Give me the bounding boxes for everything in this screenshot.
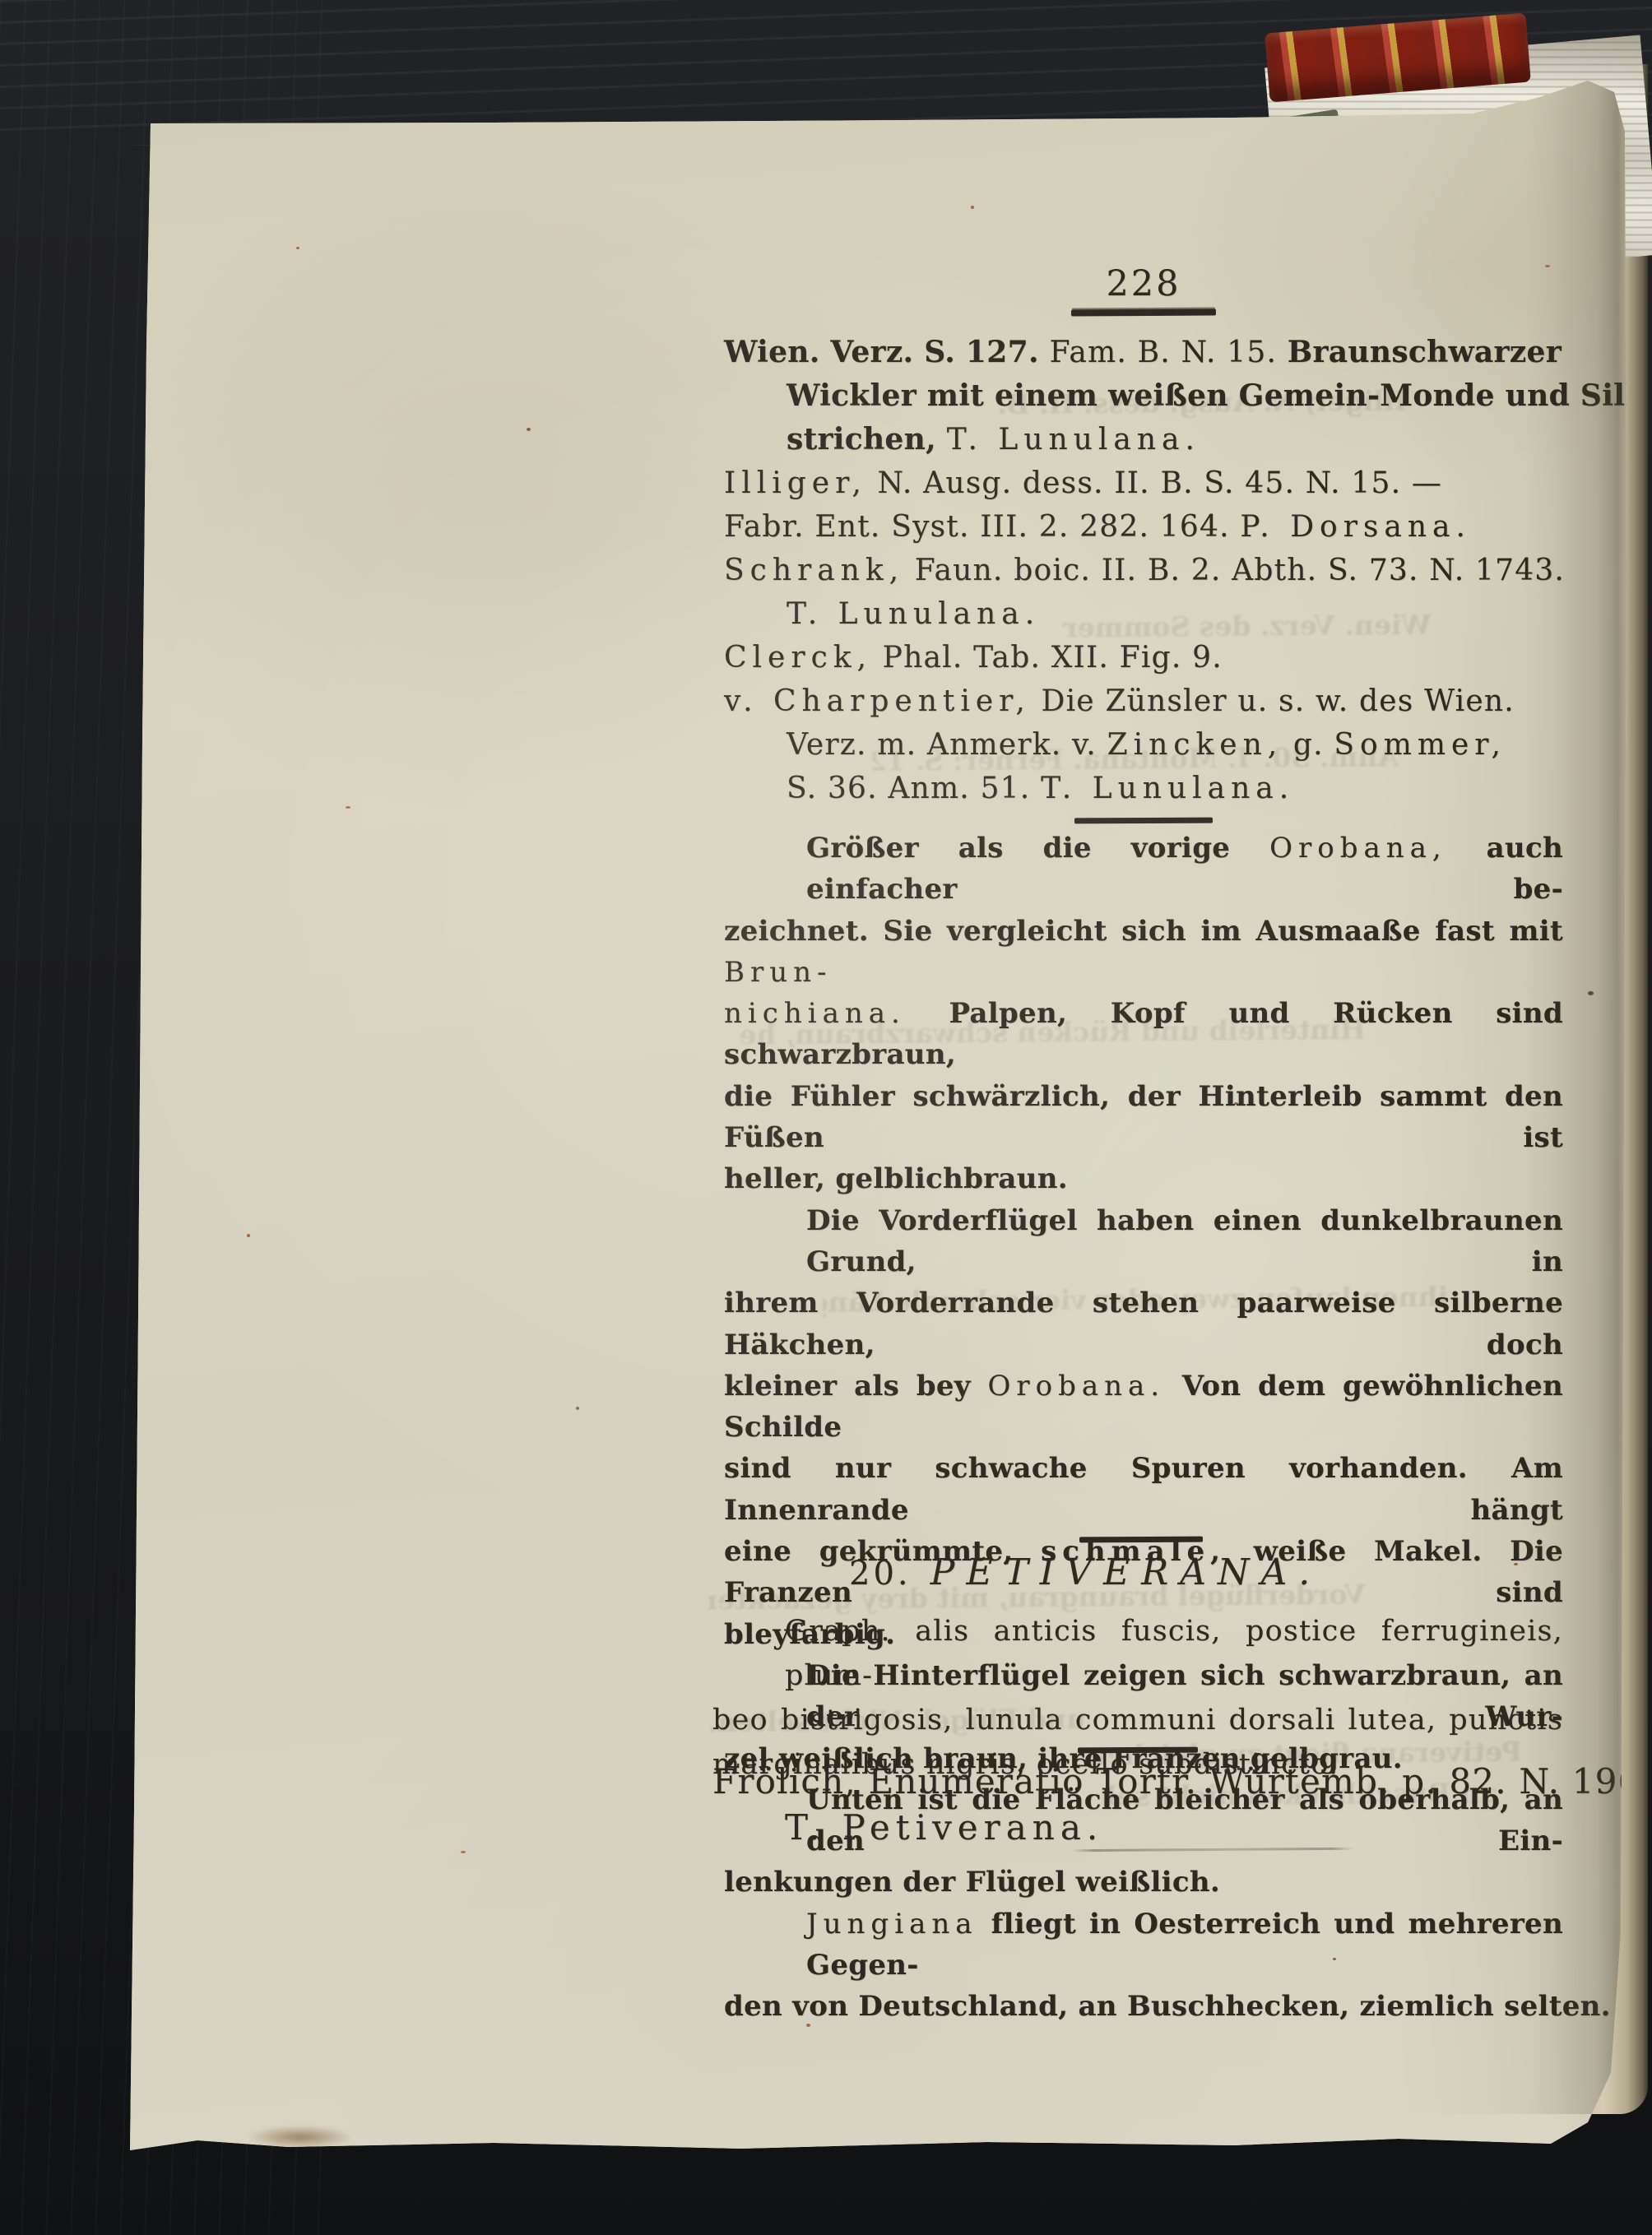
text-line: Frölich, Enumeratio Tortr. Würtemb. p. 8…	[712, 1759, 1652, 1805]
text-run: die Fühler schwärzlich, der Hinterleib s…	[724, 1080, 1563, 1154]
references-block: Frölich, Enumeratio Tortr. Würtemb. p. 8…	[712, 1759, 1652, 1851]
text-run: kleiner als bey	[724, 1370, 988, 1403]
text-run: N. Ausg. dess. II. B. S. 45. N. 15. —	[867, 466, 1442, 500]
book-page: Illiger, N. Ausg. dess. II. B. Wien. Ver…	[0, 0, 1652, 2235]
section-divider-rule	[1074, 818, 1213, 824]
text-run: Schrank,	[724, 554, 904, 587]
page-header: 228	[724, 263, 1563, 316]
text-line: heller, gelblichbraun.	[724, 1158, 1563, 1199]
text-line: sind nur schwache Spuren vorhanden. Am I…	[724, 1448, 1563, 1531]
text-line: S. 36. Anm. 51. T. Lunulana.	[724, 767, 1571, 810]
paper-speck	[461, 1851, 466, 1853]
text-run: Braunschwarzer	[1288, 335, 1562, 369]
text-run: Frölich, Enumeratio Tortr. Würtemb. p. 8…	[712, 1761, 1652, 1801]
text-line: strichen, T. Lunulana.	[724, 418, 1571, 461]
text-run: zeichnet. Sie vergleicht sich im Ausmaaß…	[724, 915, 1563, 948]
section-divider-rule	[1079, 1537, 1203, 1543]
section-divider-rule	[1078, 1747, 1198, 1754]
text-run: Brun-	[724, 956, 833, 989]
text-line: Verz. m. Anmerk. v. Zincken, g. Sommer,	[724, 723, 1571, 767]
text-run: Wickler mit einem weißen Gemein-Monde un…	[787, 378, 1652, 413]
text-line: Wien. Verz. S. 127. Fam. B. N. 15. Braun…	[724, 331, 1571, 374]
text-run: Phal. Tab. XII. Fig. 9.	[872, 641, 1223, 675]
paper-speck	[296, 247, 299, 249]
text-run: Fam. B. N. 15.	[1050, 336, 1288, 369]
text-run: Die Vorderflügel haben einen dunkelbraun…	[806, 1204, 1563, 1278]
text-run: Sommer,	[1334, 728, 1506, 762]
text-line: ihrem Vorderrande stehen paarweise silbe…	[724, 1282, 1563, 1366]
text-run: Illiger,	[724, 466, 867, 500]
text-run: ihrem Vorderrande stehen paarweise silbe…	[724, 1287, 1563, 1361]
text-line: lenkungen der Flügel weißlich.	[724, 1862, 1563, 1903]
text-line: Schrank, Faun. boic. II. B. 2. Abth. S. …	[724, 549, 1571, 592]
text-line: den von Deutschland, an Buschhecken, zie…	[724, 1986, 1563, 2027]
text-line: nichiana. Palpen, Kopf und Rücken sind s…	[724, 993, 1563, 1076]
text-line: Clerck, Phal. Tab. XII. Fig. 9.	[724, 636, 1571, 679]
text-run: den von Deutschland, an Buschhecken, zie…	[724, 1990, 1611, 2023]
text-run: Clerck,	[724, 641, 872, 675]
scanned-book-page-photo: Illiger, N. Ausg. dess. II. B. Wien. Ver…	[0, 0, 1652, 2235]
text-run: Orobana.	[988, 1370, 1166, 1403]
text-run: Größer als die vorige	[806, 832, 1269, 865]
species-heading: 20. PETIVERANA.	[849, 1551, 1321, 1593]
text-run: g.	[1283, 728, 1334, 762]
text-run: Die Zünsler u. s. w. des Wien.	[1031, 684, 1515, 718]
paper-speck	[247, 1234, 250, 1237]
text-line: Wickler mit einem weißen Gemein-Monde un…	[724, 374, 1571, 418]
text-run: Jungiana	[806, 1908, 978, 1941]
text-line: v. Charpentier, Die Zünsler u. s. w. des…	[724, 679, 1571, 723]
text-run: Fabr. Ent. Syst. III. 2. 282. 164.	[724, 510, 1240, 544]
text-line: Fabr. Ent. Syst. III. 2. 282. 164. P. Do…	[724, 505, 1571, 549]
page-number: 228	[1106, 263, 1181, 304]
text-run: v. Charpentier,	[724, 684, 1031, 718]
text-run: beo bistrigosis, lunula communi dorsali …	[712, 1704, 1563, 1737]
text-run: Wien. Verz. S. 127.	[724, 335, 1050, 369]
paper-speck	[527, 428, 531, 431]
species-number: 20.	[849, 1555, 912, 1593]
paper-speck	[971, 206, 974, 209]
text-run: T. Petiverana.	[785, 1807, 1103, 1848]
text-run: heller, gelblichbraun.	[724, 1162, 1068, 1195]
text-run: T. Lunulana.	[1041, 772, 1294, 805]
text-line: T. Petiverana.	[712, 1805, 1652, 1851]
text-run: sind nur schwache Spuren vorhanden. Am I…	[724, 1452, 1563, 1526]
text-run: Faun. boic. II. B. 2. Abth. S. 73. N. 17…	[904, 554, 1565, 587]
text-run: lenkungen der Flügel weißlich.	[724, 1866, 1220, 1899]
text-run: Graph. alis anticis fuscis, postice ferr…	[785, 1615, 1563, 1692]
text-line: die Fühler schwärzlich, der Hinterleib s…	[724, 1076, 1563, 1159]
text-line: kleiner als bey Orobana. Von dem gewöhnl…	[724, 1366, 1563, 1449]
paper-speck	[1588, 991, 1594, 995]
page-number-rule	[1071, 309, 1216, 317]
text-line: Jungiana fliegt in Oesterreich und mehre…	[724, 1903, 1563, 1987]
text-line: Illiger, N. Ausg. dess. II. B. S. 45. N.…	[724, 461, 1571, 505]
text-line: Die Vorderflügel haben einen dunkelbraun…	[724, 1200, 1563, 1283]
text-line: Größer als die vorige Orobana, auch einf…	[724, 828, 1563, 911]
text-line: T. Lunulana.	[724, 592, 1571, 636]
text-run: Verz. m. Anmerk. v.	[787, 728, 1107, 762]
bibliography-block: Wien. Verz. S. 127. Fam. B. N. 15. Braun…	[724, 331, 1571, 810]
text-run: P. Dorsana.	[1240, 510, 1471, 544]
text-run: S. 36. Anm. 51.	[787, 772, 1041, 805]
text-line: zeichnet. Sie vergleicht sich im Ausmaaß…	[724, 911, 1563, 994]
text-run: T. Lunulana.	[787, 597, 1040, 631]
text-run: strichen,	[787, 422, 947, 457]
text-run: nichiana.	[724, 997, 906, 1030]
text-run: T. Lunulana.	[947, 423, 1200, 457]
text-run: Zincken,	[1107, 728, 1283, 762]
paper-speck	[576, 1407, 579, 1410]
text-line: beo bistrigosis, lunula communi dorsali …	[712, 1698, 1563, 1742]
text-line: Graph. alis anticis fuscis, postice ferr…	[712, 1609, 1563, 1698]
paper-speck	[346, 806, 350, 809]
text-run: Orobana,	[1269, 832, 1447, 865]
species-name: PETIVERANA.	[930, 1551, 1322, 1593]
